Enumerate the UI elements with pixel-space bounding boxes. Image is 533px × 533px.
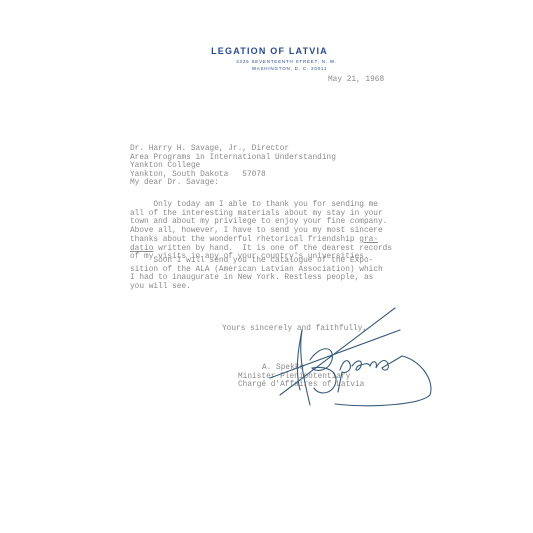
recipient-line: Yankton College [130, 162, 336, 171]
body-text: written by hand. It is one of the deares… [153, 245, 392, 253]
recipient-line: Area Programs in International Understan… [130, 154, 336, 163]
body-line: town and about my privilege to enjoy you… [130, 218, 392, 227]
letterhead-city: WASHINGTON, D. C. 20011 [46, 66, 533, 71]
letterhead-title: LEGATION OF LATVIA [6, 46, 533, 56]
body-text: thanks about the wonderful rhetorical fr… [130, 236, 359, 244]
handwritten-signature [240, 300, 460, 410]
body-line: thanks about the wonderful rhetorical fr… [130, 236, 392, 245]
body-line: sition of the ALA (American Latvian Asso… [130, 266, 383, 275]
body-line: Only today am I able to thank you for se… [130, 201, 392, 210]
letterhead: LEGATION OF LATVIA 4325 SEVENTEENTH STRE… [0, 46, 533, 71]
recipient-line: Dr. Harry H. Savage, Jr., Director [130, 145, 336, 154]
body-line: all of the interesting materials about m… [130, 210, 392, 219]
body-line: I had to inaugurate in New York. Restles… [130, 274, 383, 283]
recipient-address: Dr. Harry H. Savage, Jr., DirectorArea P… [130, 145, 336, 180]
body-line: Soon I will send you the catalogue of th… [130, 257, 383, 266]
underlined-word: gra- [359, 236, 378, 244]
body-line: datio written by hand. It is one of the … [130, 245, 392, 254]
body-paragraph-2: Soon I will send you the catalogue of th… [130, 257, 383, 292]
body-line: Above all, however, I have to send you m… [130, 227, 392, 236]
body-line: you will see. [130, 283, 383, 292]
letter-date: May 21, 1968 [328, 76, 384, 85]
body-paragraph-1: Only today am I able to thank you for se… [130, 201, 392, 262]
salutation: My dear Dr. Savage: [130, 179, 219, 188]
letterhead-street: 4325 SEVENTEENTH STREET, N. W. [40, 59, 533, 64]
underlined-word: datio [130, 245, 153, 253]
